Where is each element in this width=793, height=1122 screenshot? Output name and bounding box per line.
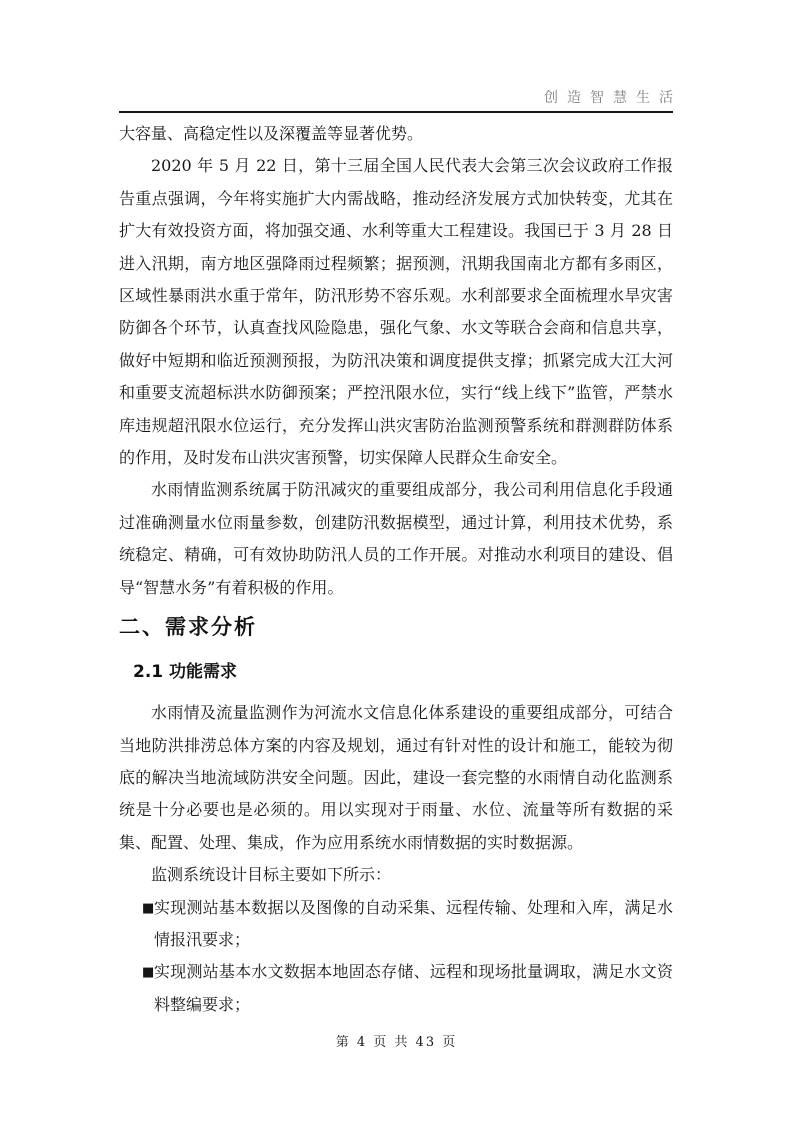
design-goal-list: ■ 实现测站基本数据以及图像的自动采集、远程传输、处理和入库，满足水情报汛要求；… bbox=[119, 892, 673, 1022]
square-bullet-icon: ■ bbox=[142, 957, 154, 989]
paragraph-company-role: 水雨情监测系统属于防汛减灾的重要组成部分，我公司利用信息化手段通过准确测量水位雨… bbox=[119, 474, 673, 604]
list-item-text: 实现测站基本水文数据本地固态存储、远程和现场批量调取，满足水文资料整编要求； bbox=[154, 962, 673, 1013]
document-body: 大容量、高稳定性以及深覆盖等显著优势。 2020 年 5 月 22 日，第十三届… bbox=[119, 118, 673, 1021]
sub-heading-functional-requirements: 2.1 功能需求 bbox=[133, 660, 673, 684]
document-page: 创造智慧生活 大容量、高稳定性以及深覆盖等显著优势。 2020 年 5 月 22… bbox=[0, 0, 793, 1122]
list-item: ■ 实现测站基本水文数据本地固态存储、远程和现场批量调取，满足水文资料整编要求； bbox=[119, 956, 673, 1021]
paragraph-design-goals-lead-in: 监测系统设计目标主要如下所示： bbox=[119, 859, 673, 891]
section-heading-requirement-analysis: 二、需求分析 bbox=[119, 612, 673, 642]
square-bullet-icon: ■ bbox=[142, 893, 154, 925]
page-header: 创造智慧生活 bbox=[119, 0, 673, 113]
list-item-text: 实现测站基本数据以及图像的自动采集、远程传输、处理和入库，满足水情报汛要求； bbox=[154, 898, 673, 949]
paragraph-monitoring-necessity: 水雨情及流量监测作为河流水文信息化体系建设的重要组成部分，可结合当地防洪排涝总体… bbox=[119, 697, 673, 859]
page-number-footer: 第 4 页 共 43 页 bbox=[0, 1031, 793, 1050]
list-item: ■ 实现测站基本数据以及图像的自动采集、远程传输、处理和入库，满足水情报汛要求； bbox=[119, 892, 673, 957]
paragraph-continuation: 大容量、高稳定性以及深覆盖等显著优势。 bbox=[119, 118, 673, 150]
paragraph-government-report: 2020 年 5 月 22 日，第十三届全国人民代表大会第三次会议政府工作报告重… bbox=[119, 150, 673, 474]
header-slogan-text: 创造智慧生活 bbox=[544, 90, 682, 106]
